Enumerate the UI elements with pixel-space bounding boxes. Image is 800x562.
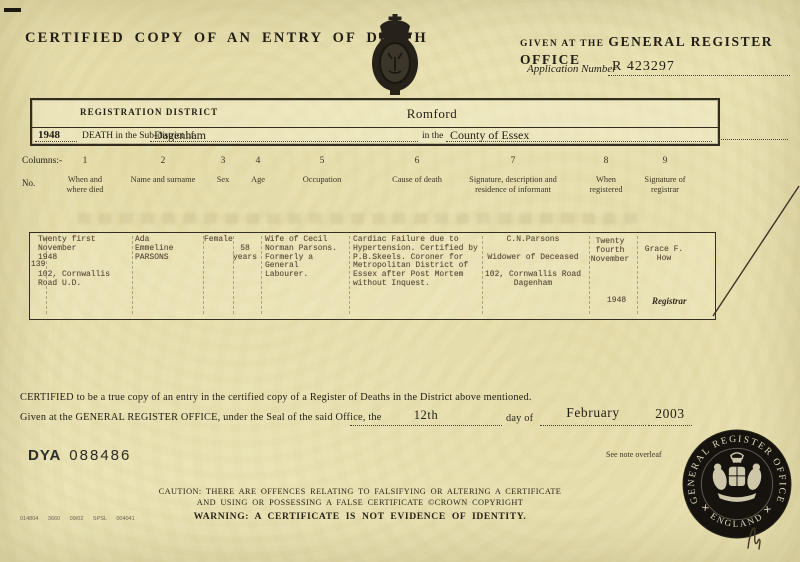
column-header-9: 9 Signature of registrar (633, 156, 697, 194)
column-number: 8 (576, 156, 636, 166)
given-at-prefix: GIVEN AT THE (520, 39, 604, 49)
registration-district-label: REGISTRATION DISTRICT (80, 107, 218, 117)
entry-age: 58 years (228, 245, 262, 263)
no-column-label: No. (22, 178, 35, 188)
application-number-label: Application Number (527, 63, 617, 75)
column-separator (203, 236, 204, 314)
entry-when-registered-year: 1948 (607, 297, 626, 306)
subdistrict-rule (150, 140, 418, 142)
column-label: Sex (205, 175, 241, 185)
application-number-rule (608, 74, 790, 76)
column-separator (132, 236, 133, 314)
column-number: 7 (455, 156, 571, 166)
entry-name-surname: Ada Emmeline PARSONS (135, 236, 201, 262)
column-label: Signature of registrar (633, 175, 697, 194)
column-number: 1 (55, 156, 115, 166)
in-the-label: in the (422, 131, 443, 141)
entry-occupation: Wife of Cecil Norman Parsons. Formerly a… (265, 236, 347, 280)
caution-line-2: AND USING OR POSSESSING A FALSE CERTIFIC… (60, 498, 660, 509)
column-number: 4 (240, 156, 276, 166)
column-header-6: 6 Cause of death (375, 156, 459, 185)
column-number: 2 (118, 156, 208, 166)
see-note-overleaf: See note overleaf (606, 450, 662, 459)
registrar-label: Registrar (652, 296, 687, 306)
given-at-statement: Given at the GENERAL REGISTER OFFICE, un… (20, 412, 382, 423)
column-label: Name and surname (118, 175, 208, 185)
column-header-5: 5 Occupation (285, 156, 359, 185)
application-number-value: R 423297 (612, 59, 675, 75)
column-separator (349, 236, 350, 314)
column-label: When registered (576, 175, 636, 194)
column-number: 9 (633, 156, 697, 166)
show-through-smudge (78, 213, 638, 224)
entry-registrar-signature: Grace F. How (636, 246, 692, 264)
date-day: 12th (396, 408, 456, 423)
day-of-label: day of (506, 413, 533, 424)
column-header-3: 3 Sex (205, 156, 241, 185)
column-label: Age (240, 175, 276, 185)
entry-when-where-died: Twenty first November 1948 102, Cornwall… (38, 236, 130, 289)
entry-cause-of-death: Cardiac Failure due to Hypertension. Cer… (353, 236, 481, 289)
serial-number: 088486 (69, 447, 131, 464)
district-box-divider (32, 127, 718, 128)
death-certificate-page: CERTIFIED COPY OF AN ENTRY OF DEATH GIVE… (0, 0, 800, 562)
column-header-4: 4 Age (240, 156, 276, 185)
entry-when-registered: Twenty fourth November (584, 238, 636, 264)
column-label: Cause of death (375, 175, 459, 185)
date-year-rule (648, 424, 692, 426)
certificate-serial: DYA088486 (28, 447, 131, 464)
print-code: 014804 3660 09/02 SPSL 004041 (20, 516, 135, 522)
column-header-2: 2 Name and surname (118, 156, 208, 185)
year-rule (35, 140, 77, 142)
column-header-7: 7 Signature, description and residence o… (455, 156, 571, 194)
registration-district-value: Romford (332, 106, 532, 122)
registration-district-box: REGISTRATION DISTRICT Romford 1948 DEATH… (30, 98, 720, 146)
column-header-1: 1 When and where died (55, 156, 115, 194)
certified-statement: CERTIFIED to be a true copy of an entry … (20, 392, 532, 403)
date-month: February (542, 405, 644, 421)
entry-informant: C.N.Parsons Widower of Deceased 102, Cor… (468, 236, 598, 289)
county-rule (446, 140, 712, 142)
serial-prefix: DYA (28, 447, 61, 464)
column-number: 3 (205, 156, 241, 166)
date-month-rule (540, 424, 646, 426)
handwritten-pen-mark (742, 524, 766, 552)
date-day-rule (350, 424, 502, 426)
column-label: Occupation (285, 175, 359, 185)
scan-corner-mark (4, 8, 21, 12)
column-number: 5 (285, 156, 359, 166)
royal-crest-icon (363, 13, 427, 97)
date-year: 2003 (646, 406, 694, 422)
column-label: Signature, description and residence of … (455, 175, 571, 194)
column-label: When and where died (55, 175, 115, 194)
entry-sex: Female (204, 236, 233, 245)
caution-block: CAUTION: THERE ARE OFFENCES RELATING TO … (60, 487, 660, 522)
general-register-office-seal-icon: GENERAL REGISTER OFFICE ✕ ENGLAND ✕ (681, 428, 793, 540)
column-number: 6 (375, 156, 459, 166)
caution-line-1: CAUTION: THERE ARE OFFENCES RELATING TO … (60, 487, 660, 498)
column-header-8: 8 When registered (576, 156, 636, 194)
warning-line: WARNING: A CERTIFICATE IS NOT EVIDENCE O… (60, 511, 660, 522)
county-rule-extension (718, 138, 788, 140)
